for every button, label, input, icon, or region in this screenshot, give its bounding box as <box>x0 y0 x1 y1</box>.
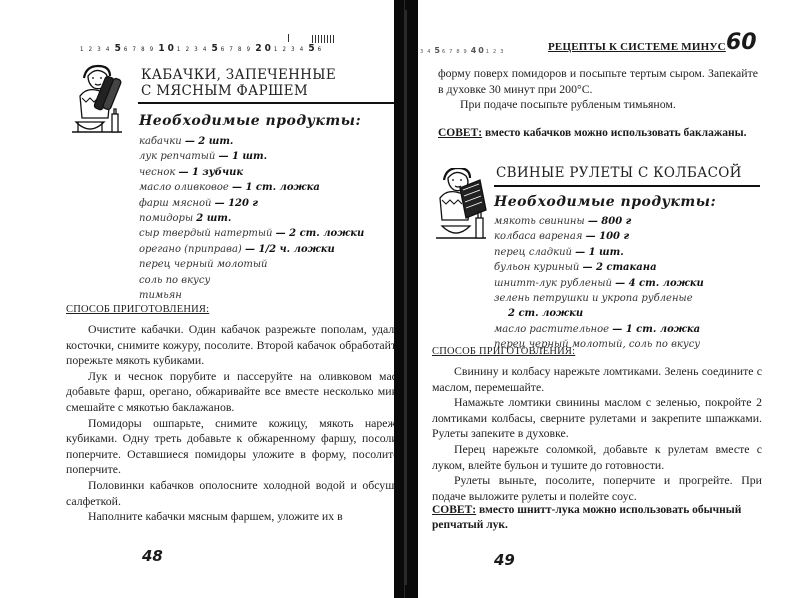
ruler-mark: 2 <box>282 46 291 53</box>
title-rule <box>138 102 398 104</box>
ruler-mark: 3 <box>291 46 300 53</box>
ingredient-name: масло растительное <box>494 324 612 335</box>
ruler-mark: 5 <box>115 43 124 54</box>
ingredient-qty: — 800 г <box>588 216 631 227</box>
ingredient-qty: — 120 г <box>215 198 258 209</box>
woman-with-corn-icon <box>66 62 128 142</box>
ingredient-name: кабачки <box>139 136 185 147</box>
ingredient-qty: — 1 шт. <box>219 151 268 162</box>
ingredients-list: мякоть свинины — 800 гколбаса вареная — … <box>494 214 704 353</box>
ingredient-item: перец черный молотый <box>139 257 364 272</box>
ruler-mark: 5 <box>434 46 442 55</box>
ruler-mark: 2 <box>89 46 98 53</box>
recipe-title-line2: С МЯСНЫМ ФАРШЕМ <box>141 83 336 99</box>
running-head: РЕЦЕПТЫ К СИСТЕМЕ МИНУС <box>548 41 726 53</box>
ruler-marks: 345678940123 <box>420 49 507 55</box>
ingredient-qty: — 4 ст. ложки <box>615 278 704 289</box>
ingredient-name: тимьян <box>139 290 182 301</box>
ingredient-item: сыр твердый натертый — 2 ст. ложки <box>139 226 364 241</box>
ingredient-item: соль по вкусу <box>139 273 364 288</box>
ingredient-item: масло растительное — 1 ст. ложка <box>494 322 704 337</box>
title-rule <box>494 185 760 187</box>
ingredient-name: масло оливковое <box>139 182 232 193</box>
ingredient-qty: — 2 ст. ложки <box>276 228 365 239</box>
ingredient-qty: 2 шт. <box>196 213 231 224</box>
system-number: 60 <box>726 30 757 55</box>
ruler-mark: 2 <box>186 46 195 53</box>
ruler-mark: 8 <box>456 49 463 55</box>
ingredient-item: лук репчатый — 1 шт. <box>139 149 364 164</box>
ingredient-qty: 2 ст. ложки <box>508 308 583 319</box>
ingredients-heading: Необходимые продукты: <box>494 194 716 210</box>
tip-label: СОВЕТ: <box>432 504 476 516</box>
ingredient-item: кабачки — 2 шт. <box>139 134 364 149</box>
ruler-left: 1234567891012345678920123456 <box>80 43 398 54</box>
ingredient-name: бульон куриный <box>494 262 582 273</box>
ruler-mark: 9 <box>464 49 471 55</box>
paragraph: Намажьте ломтики свинины маслом с зелень… <box>432 395 762 442</box>
ingredient-qty: — 1 ст. ложка <box>232 182 320 193</box>
ingredient-qty: — 1 шт. <box>575 247 624 258</box>
ingredient-qty: — 1 зубчик <box>179 167 244 178</box>
tip-text: вместо шнитт-лука можно использовать обы… <box>432 504 741 531</box>
ruler-mark: 7 <box>132 46 141 53</box>
ingredient-item: зелень петрушки и укропа рубленые <box>494 291 704 306</box>
ingredient-item: шнитт-лук рубленый — 4 ст. ложки <box>494 276 704 291</box>
ingredient-qty: — 2 стакана <box>582 262 656 273</box>
book-spine <box>394 0 420 598</box>
ingredient-item: фарш мясной — 120 г <box>139 196 364 211</box>
continued-text: форму поверх помидоров и посыпьте тертым… <box>438 66 758 113</box>
ruler-mark: 5 <box>308 43 317 54</box>
page-number: 49 <box>494 551 515 569</box>
ruler-mark: 3 <box>97 46 106 53</box>
recipe-title: СВИНЫЕ РУЛЕТЫ С КОЛБАСОЙ <box>496 165 742 181</box>
paragraph: При подаче посыпьте рубленым тимьяном. <box>438 97 758 113</box>
left-page: 1234567891012345678920123456 КАБАЧКИ, ЗА… <box>0 0 398 598</box>
ingredient-name: перец сладкий <box>494 247 575 258</box>
ruler-marks: 1234567891012345678920123456 <box>80 46 326 53</box>
ruler-tick <box>288 34 289 42</box>
ruler-mark: 6 <box>318 46 327 53</box>
method-heading: СПОСОБ ПРИГОТОВЛЕНИЯ: <box>66 304 209 315</box>
ingredient-item: помидоры 2 шт. <box>139 211 364 226</box>
ingredient-name: сыр твердый натертый <box>139 228 276 239</box>
ingredient-name: зелень петрушки и укропа рубленые <box>494 293 693 304</box>
ingredient-item: тимьян <box>139 288 364 303</box>
ingredient-item: масло оливковое — 1 ст. ложка <box>139 180 364 195</box>
ingredient-item: 2 ст. ложки <box>494 306 704 321</box>
paragraph: Половинки кабачков ополосните холодной в… <box>66 478 398 509</box>
ingredient-name: перец черный молотый <box>139 259 268 270</box>
tip-label: СОВЕТ: <box>438 127 482 139</box>
ruler-mark: 4 <box>106 46 115 53</box>
ingredient-qty: — 2 шт. <box>185 136 234 147</box>
ingredient-name: колбаса вареная <box>494 231 586 242</box>
method-text: Свинину и колбасу нарежьте ломтиками. Зе… <box>432 364 762 504</box>
ruler-mark: 1 <box>177 46 186 53</box>
ingredient-name: помидоры <box>139 213 196 224</box>
recipe-title-line1: КАБАЧКИ, ЗАПЕЧЕННЫЕ <box>141 67 336 83</box>
ingredient-name: орегано (приправа) <box>139 244 245 255</box>
ingredient-item: орегано (приправа) — 1/2 ч. ложки <box>139 242 364 257</box>
paragraph: Очистите кабачки. Один кабачок разрежьте… <box>66 322 398 369</box>
recipe-title: КАБАЧКИ, ЗАПЕЧЕННЫЕ С МЯСНЫМ ФАРШЕМ <box>141 67 336 99</box>
ruler-mark: 8 <box>238 46 247 53</box>
ruler-mark: 5 <box>211 43 220 54</box>
paragraph: Перец нарежьте соломкой, добавьте к руле… <box>432 442 762 473</box>
ruler-mark: 10 <box>158 43 177 54</box>
ingredient-qty: — 1 ст. ложка <box>612 324 700 335</box>
ruler-mark: 3 <box>500 49 507 55</box>
ingredient-name: фарш мясной <box>139 198 215 209</box>
paragraph: Лук и чеснок порубите и пассеруйте на ол… <box>66 369 398 416</box>
ruler-mark: 8 <box>141 46 150 53</box>
ingredients-list: кабачки — 2 шт.лук репчатый — 1 шт.чесно… <box>139 134 364 303</box>
tip-2: СОВЕТ: вместо шнитт-лука можно использов… <box>432 503 762 533</box>
ingredient-item: мякоть свинины — 800 г <box>494 214 704 229</box>
method-heading: СПОСОБ ПРИГОТОВЛЕНИЯ: <box>432 346 575 357</box>
ingredient-name: лук репчатый <box>139 151 219 162</box>
paragraph: Свинину и колбасу нарежьте ломтиками. Зе… <box>432 364 762 395</box>
paragraph: Помидоры ошпарьте, снимите кожицу, мякот… <box>66 416 398 478</box>
paragraph: Наполните кабачки мясным фаршем, уложите… <box>66 509 398 525</box>
ruler-mark: 1 <box>486 49 493 55</box>
ingredient-item: чеснок — 1 зубчик <box>139 165 364 180</box>
woman-with-book-icon <box>432 168 494 248</box>
ruler-mark: 20 <box>255 43 274 54</box>
paragraph: форму поверх помидоров и посыпьте тертым… <box>438 66 758 97</box>
ruler-mark: 1 <box>80 46 89 53</box>
ingredients-heading: Необходимые продукты: <box>139 113 361 129</box>
ruler-right: 345678940123 <box>420 46 507 55</box>
ingredient-name: мякоть свинины <box>494 216 588 227</box>
ruler-mark: 3 <box>194 46 203 53</box>
paragraph: Рулеты выньте, посолите, поперчите и про… <box>432 473 762 504</box>
ingredient-item: перец сладкий — 1 шт. <box>494 245 704 260</box>
ingredient-name: шнитт-лук рубленый <box>494 278 615 289</box>
method-text: Очистите кабачки. Один кабачок разрежьте… <box>66 322 398 525</box>
ingredient-name: чеснок <box>139 167 179 178</box>
tip-text: вместо кабачков можно использовать бакла… <box>482 127 746 139</box>
ingredient-qty: — 100 г <box>586 231 629 242</box>
tip-1: СОВЕТ: вместо кабачков можно использоват… <box>438 126 768 141</box>
ruler-mark: 7 <box>229 46 238 53</box>
ingredient-item: колбаса вареная — 100 г <box>494 229 704 244</box>
ruler-bars <box>312 35 334 43</box>
ruler-mark: 40 <box>471 46 486 55</box>
ingredient-qty: — 1/2 ч. ложки <box>245 244 335 255</box>
ingredient-name: соль по вкусу <box>139 275 210 286</box>
ingredient-item: бульон куриный — 2 стакана <box>494 260 704 275</box>
page-number: 48 <box>142 547 163 565</box>
